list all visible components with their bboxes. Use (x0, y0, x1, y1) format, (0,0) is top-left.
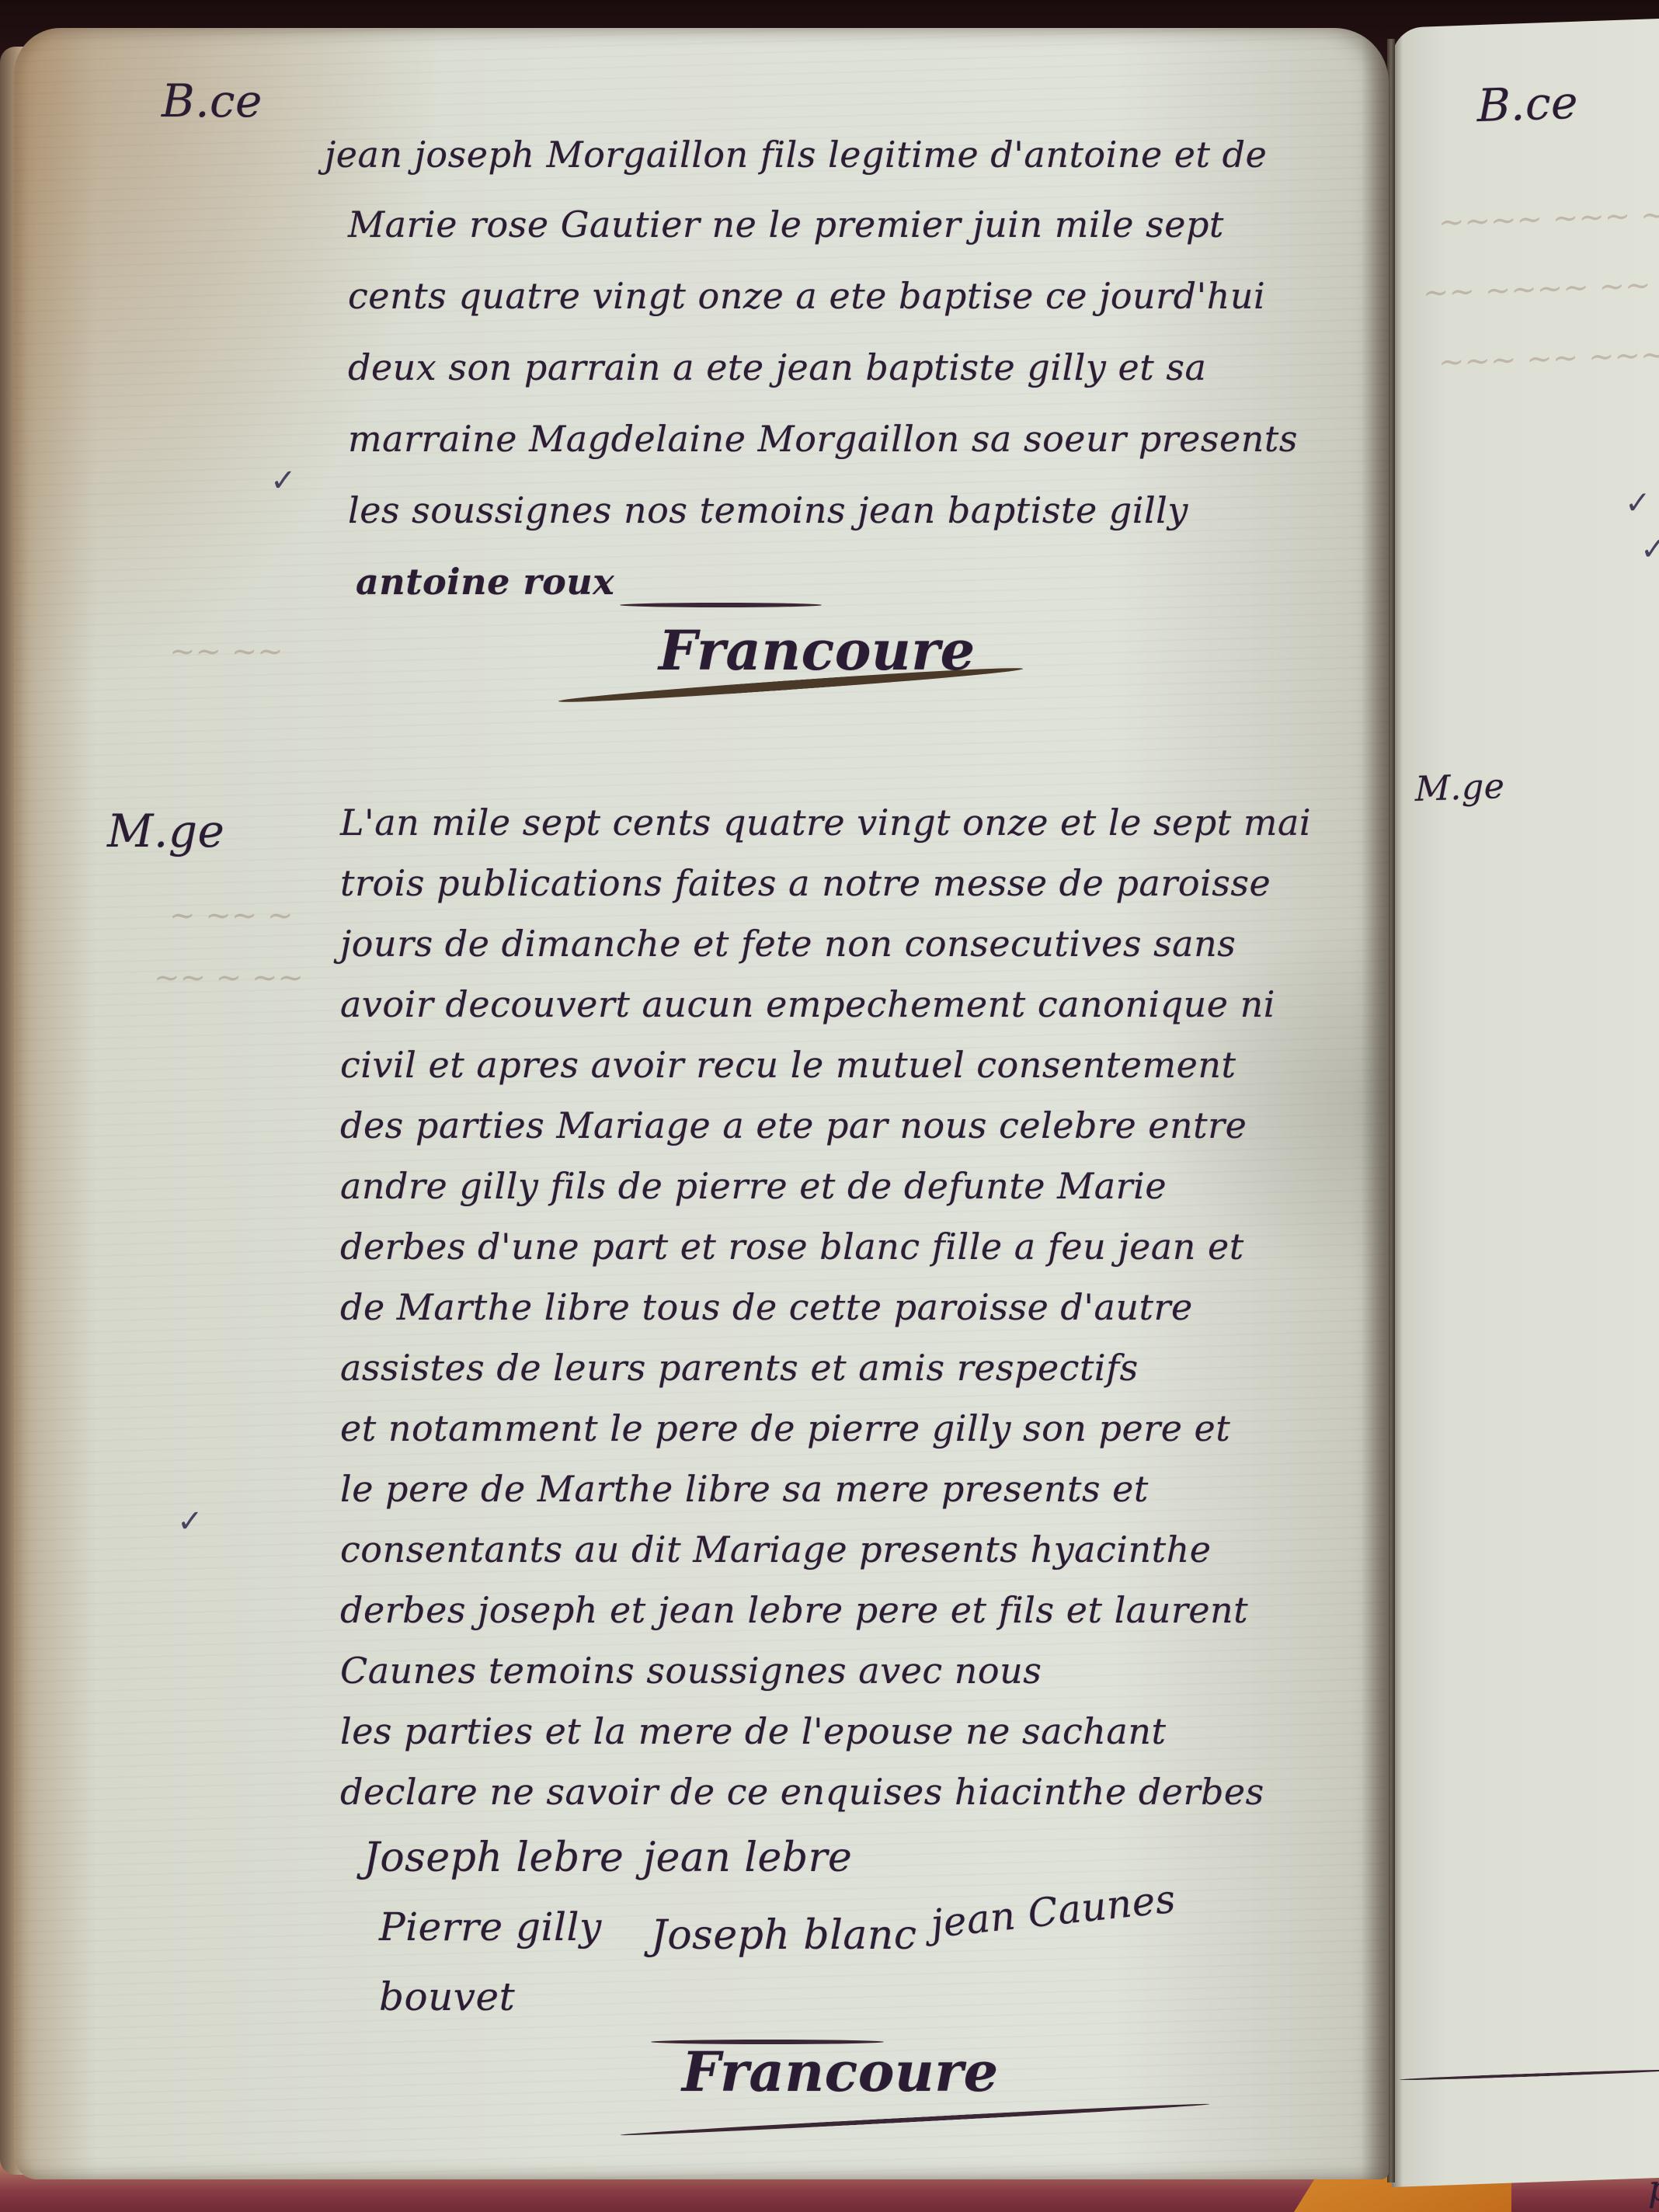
left-page: B.ce jean joseph Morgaillon fils legitim… (14, 28, 1389, 2179)
signature-jean-caunes: jean Caunes (929, 1880, 1177, 1944)
officiant-signature: Francoure (682, 2040, 999, 2104)
entry-line: marraine Magdelaine Morgaillon sa soeur … (348, 421, 1298, 457)
entry-line: de Marthe libre tous de cette paroisse d… (340, 1289, 1193, 1325)
margin-label-marriage: M.ge (107, 805, 224, 857)
check-mark-icon: ✓ (177, 1504, 203, 1539)
entry-line: trois publications faites a notre messe … (340, 865, 1271, 901)
signature-flourish (620, 603, 822, 607)
right-margin-label-baptism: B.ce (1477, 76, 1578, 133)
entry-line: les soussignes nos temoins jean baptiste… (348, 492, 1188, 528)
entry-line: derbes joseph et jean lebre pere et fils… (340, 1592, 1248, 1628)
bleed-through-text: ~ ~~ ~ (169, 898, 294, 934)
entry-line: jean joseph Morgaillon fils legitime d'a… (325, 137, 1267, 172)
entry-line: L'an mile sept cents quatre vingt onze e… (340, 805, 1311, 840)
check-mark-icon: ✓ (1640, 531, 1659, 568)
entry-line: consentants au dit Mariage presents hyac… (340, 1532, 1211, 1567)
witness-signature: antoine roux (356, 564, 614, 600)
entry-line: declare ne savoir de ce enquises hiacint… (340, 1774, 1264, 1810)
right-bleed-through: ~~~ ~~ ~~~~ (1438, 336, 1659, 380)
entry-line: assistes de leurs parents et amis respec… (340, 1350, 1139, 1386)
right-margin-label-marriage: M.ge (1415, 770, 1504, 807)
signature-joseph-lebre: Joseph lebre (363, 1838, 624, 1878)
right-page-flourish (1400, 2068, 1659, 2082)
check-mark-icon: ✓ (1625, 485, 1651, 521)
entry-line: Marie rose Gautier ne le premier juin mi… (348, 207, 1224, 242)
signature-joseph-blanc: Joseph blanc (651, 1915, 916, 1956)
entry-line: andre gilly fils de pierre et de defunte… (340, 1168, 1167, 1204)
entry-line: derbes d'une part et rose blanc fille a … (340, 1229, 1244, 1264)
signature-bouvet: bouvet (379, 1977, 515, 2016)
entry-line: le pere de Marthe libre sa mere presents… (340, 1471, 1149, 1507)
right-bleed-through: ~~ ~~~~ ~~ (1423, 267, 1651, 311)
right-page: B.ce ~~~~ ~~~ ~~~ ~~ ~~~~ ~~ ~~~ ~~ ~~~~… (1392, 18, 1659, 2187)
signature-jean-lebre: jean lebre (643, 1838, 852, 1878)
entry-line: civil et apres avoir recu le mutuel cons… (340, 1047, 1236, 1083)
entry-line: Caunes temoins soussignes avec nous (340, 1653, 1042, 1689)
entry-line: deux son parrain a ete jean baptiste gil… (348, 350, 1206, 385)
entry-line: les parties et la mere de l'epouse ne sa… (340, 1713, 1166, 1749)
right-bleed-through: ~~~~ ~~~ ~~~ (1438, 195, 1659, 241)
entry-line: des parties Mariage a ete par nous celeb… (340, 1108, 1247, 1143)
entry-line: avoir decouvert aucun empechement canoni… (340, 986, 1275, 1022)
signature-flourish (620, 2102, 1209, 2137)
bleed-through-text: ~~ ~~ (169, 634, 283, 670)
check-mark-icon: ✓ (270, 463, 297, 499)
entry-line: jours de dimanche et fete non consecutiv… (340, 926, 1236, 962)
bleed-through-text: ~~ ~ ~~ (154, 960, 304, 996)
margin-label-baptism: B.ce (162, 75, 263, 127)
signature-flourish (651, 2040, 884, 2044)
signature-pierre-gilly: Pierre gilly (379, 1908, 602, 1946)
entry-line: et notamment le pere de pierre gilly son… (340, 1410, 1230, 1446)
entry-line: cents quatre vingt onze a ete baptise ce… (348, 278, 1265, 314)
right-page-fragment: p (1648, 2169, 1659, 2206)
